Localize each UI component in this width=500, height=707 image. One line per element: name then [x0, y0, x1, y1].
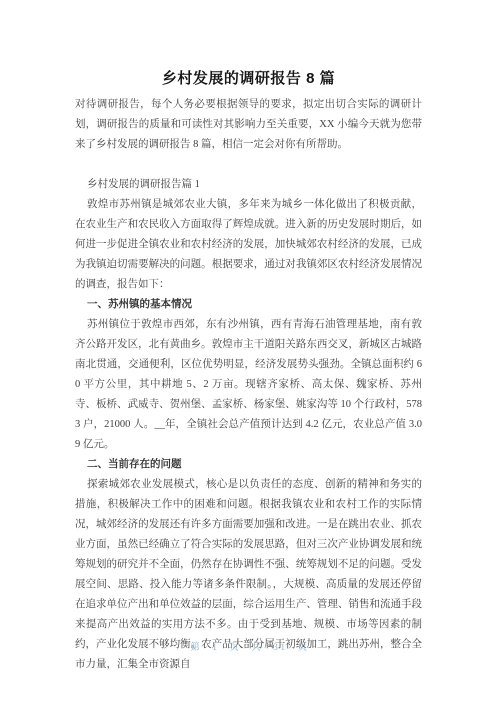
paragraph-basic-info: 苏州镇位于敦煌市西郊，东有沙州镇，西有青海石油管理基地，南有敦齐公路开发区，北有…: [75, 315, 422, 455]
document-page: 乡村发展的调研报告 8 篇 对待调研报告，每个人务必要根据领导的要求，拟定出切合…: [0, 0, 500, 707]
section-heading-basic-info: 一、苏州镇的基本情况: [75, 295, 422, 315]
page-footer: 第 1 页 共 31 页: [0, 640, 500, 656]
section-heading-current-problems: 二、当前存在的问题: [75, 455, 422, 475]
intro-paragraph: 对待调研报告，每个人务必要根据领导的要求，拟定出切合实际的调研计划，调研报告的质…: [75, 95, 422, 155]
document-content: 乡村发展的调研报告 8 篇 对待调研报告，每个人务必要根据领导的要求，拟定出切合…: [75, 0, 422, 675]
page-title: 乡村发展的调研报告 8 篇: [75, 69, 422, 88]
report-lead-paragraph: 敦煌市苏州镇是城郊农业大镇，多年来为城乡一体化做出了积极贡献，在农业生产和农民收…: [75, 195, 422, 295]
report-subtitle: 乡村发展的调研报告篇 1: [75, 175, 422, 195]
footer-page-indicator: 第 1 页 共 31 页: [190, 643, 309, 653]
